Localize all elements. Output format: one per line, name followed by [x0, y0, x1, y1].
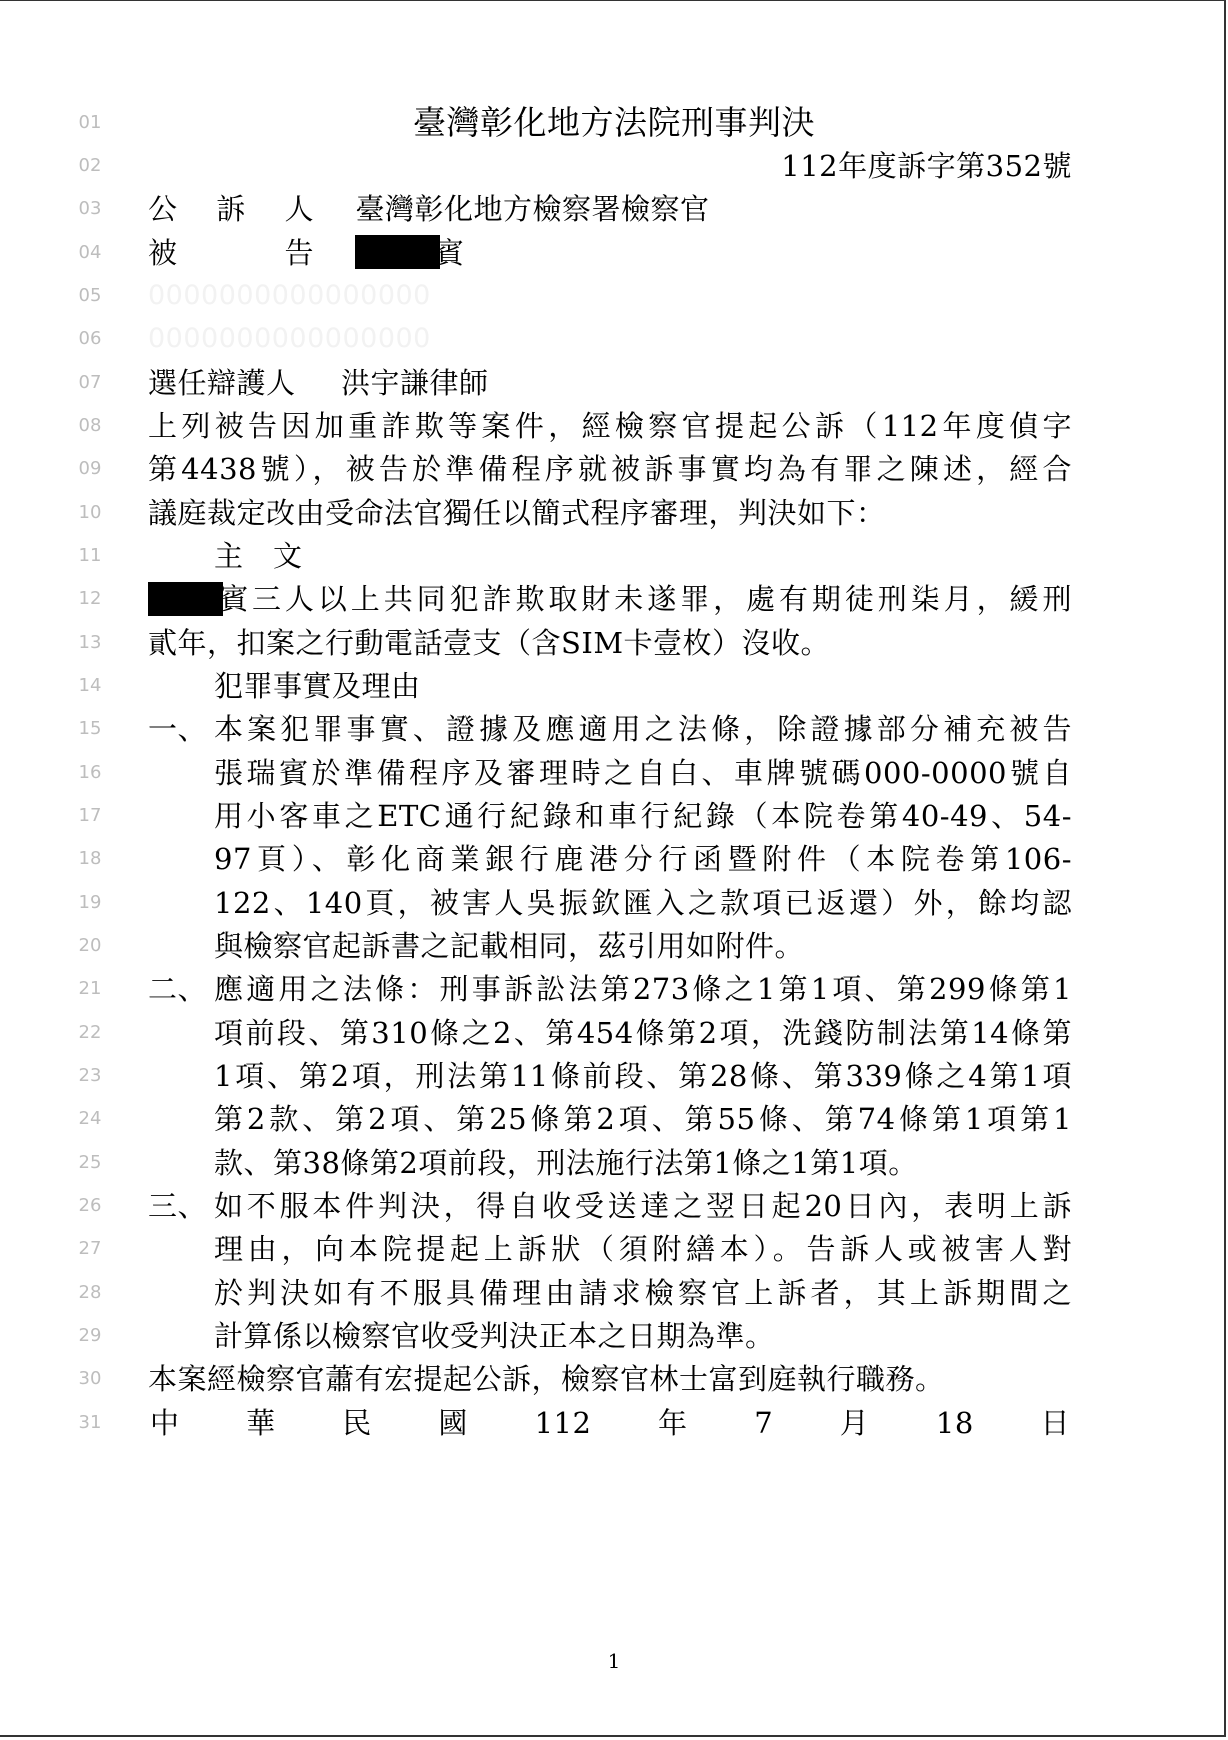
line-number: 17 — [60, 792, 120, 840]
section-line: 計算係以檢察官收受判決正本之日期為準。 — [214, 1312, 775, 1360]
line-number: 18 — [60, 835, 120, 883]
defense-label: 選任辯護人 — [148, 366, 296, 400]
line-03: 03 公 訴 人 臺灣彰化地方檢察署檢察官 — [0, 185, 1228, 233]
line-29: 29 計算係以檢察官收受判決正本之日期為準。 — [0, 1312, 1228, 1360]
defendant-label: 被 告 — [148, 229, 314, 277]
line-number: 10 — [60, 489, 120, 537]
section-marker: 三、 — [148, 1182, 214, 1230]
line-number: 02 — [60, 142, 120, 190]
date-month: 7 — [754, 1399, 773, 1447]
date-line: 中 華 民 國 112 年 7 月 18 日 — [150, 1399, 1070, 1447]
line-24: 24 第2款、第2項、第25條第2項、第55條、第74條第1項第1 — [0, 1095, 1228, 1143]
label-char: 公 — [148, 185, 178, 233]
line-number: 21 — [60, 965, 120, 1013]
faint-placeholder-text: 0000000000000000 — [148, 315, 431, 363]
section-line: 張瑞賓於準備程序及審理時之自白、車牌號碼000-0000號自 — [214, 749, 1072, 797]
line-25: 25 款、第38條第2項前段，刑法施行法第1條之1第1項。 — [0, 1139, 1228, 1187]
line-06: 06 0000000000000000 — [0, 315, 1228, 363]
line-number: 05 — [60, 272, 120, 320]
line-09: 09 第4438號），被告於準備程序就被訴事實均為有罪之陳述，經合 — [0, 445, 1228, 493]
line-11: 11 主 文 — [0, 532, 1228, 580]
preamble-line: 議庭裁定改由受命法官獨任以簡式程序審理，判決如下： — [148, 489, 886, 537]
line-16: 16 張瑞賓於準備程序及審理時之自白、車牌號碼000-0000號自 — [0, 749, 1228, 797]
section-line: 本案犯罪事實、證據及應適用之法條，除證據部分補充被告 — [214, 705, 1072, 753]
line-12: 12 賓三人以上共同犯詐欺取財未遂罪，處有期徒刑柒月，緩刑 — [0, 575, 1228, 623]
line-number: 13 — [60, 619, 120, 667]
case-number: 112年度訴字第352號 — [781, 142, 1072, 190]
line-number: 19 — [60, 879, 120, 927]
section-line: 項前段、第310條之2、第454條第2項，洗錢防制法第14條第 — [214, 1009, 1072, 1057]
line-05: 05 0000000000000000 — [0, 272, 1228, 320]
line-number: 14 — [60, 662, 120, 710]
label-char: 被 — [148, 229, 178, 277]
prosecutor-value: 臺灣彰化地方檢察署檢察官 — [355, 192, 709, 226]
line-number: 03 — [60, 185, 120, 233]
line-number: 20 — [60, 922, 120, 970]
line-number: 24 — [60, 1095, 120, 1143]
line-22: 22 項前段、第310條之2、第454條第2項，洗錢防制法第14條第 — [0, 1009, 1228, 1057]
line-08: 08 上列被告因加重詐欺等案件，經檢察官提起公訴（112年度偵字 — [0, 402, 1228, 450]
section-marker: 一、 — [148, 705, 214, 753]
section-line: 1項、第2項，刑法第11條前段、第28條、第339條之4第1項 — [214, 1052, 1072, 1100]
line-number: 11 — [60, 532, 120, 580]
defendant-row: 被 告 賓 — [148, 229, 464, 277]
line-04: 04 被 告 賓 — [0, 229, 1228, 277]
line-number: 16 — [60, 749, 120, 797]
section-line: 如不服本件判決，得自收受送達之翌日起20日內，表明上訴 — [214, 1182, 1072, 1230]
line-17: 17 用小客車之ETC通行紀錄和車行紀錄（本院卷第40-49、54- — [0, 792, 1228, 840]
defense-counsel-row: 選任辯護人 洪宇謙律師 — [148, 359, 488, 407]
label-char: 人 — [284, 185, 314, 233]
prosecutor-label: 公 訴 人 — [148, 185, 314, 233]
defense-value: 洪宇謙律師 — [341, 366, 489, 400]
date-part: 日 — [1040, 1399, 1070, 1447]
label-char: 告 — [284, 229, 314, 277]
line-19: 19 122、140頁，被害人吳振欽匯入之款項已返還）外，餘均認 — [0, 879, 1228, 927]
line-number: 28 — [60, 1269, 120, 1317]
line-number: 31 — [60, 1399, 120, 1447]
line-number: 27 — [60, 1225, 120, 1273]
line-number: 23 — [60, 1052, 120, 1100]
line-number: 12 — [60, 575, 120, 623]
line-27: 27 理由，向本院提起上訴狀（須附繕本）。告訴人或被害人對 — [0, 1225, 1228, 1273]
section-line: 與檢察官起訴書之記載相同，茲引用如附件。 — [214, 922, 804, 970]
line-number: 30 — [60, 1355, 120, 1403]
section-line: 款、第38條第2項前段，刑法施行法第1條之1第1項。 — [214, 1139, 918, 1187]
line-13: 13 貳年，扣案之行動電話壹支（含SIM卡壹枚）沒收。 — [0, 619, 1228, 667]
line-20: 20 與檢察官起訴書之記載相同，茲引用如附件。 — [0, 922, 1228, 970]
defendant-name-suffix: 賓 — [434, 236, 464, 270]
line-number: 07 — [60, 359, 120, 407]
line-14: 14 犯罪事實及理由 — [0, 662, 1228, 710]
section-marker: 二、 — [148, 965, 214, 1013]
line-07: 07 選任辯護人 洪宇謙律師 — [0, 359, 1228, 407]
line-31: 31 中 華 民 國 112 年 7 月 18 日 — [0, 1399, 1228, 1447]
prosecutor-row: 公 訴 人 臺灣彰化地方檢察署檢察官 — [148, 185, 709, 233]
section-line: 122、140頁，被害人吳振欽匯入之款項已返還）外，餘均認 — [214, 879, 1072, 927]
date-part: 國 — [438, 1399, 468, 1447]
line-28: 28 於判決如有不服具備理由請求檢察官上訴者，其上訴期間之 — [0, 1269, 1228, 1317]
date-part: 月 — [840, 1399, 870, 1447]
date-day: 18 — [936, 1399, 974, 1447]
date-part: 年 — [658, 1399, 688, 1447]
document-title: 臺灣彰化地方法院刑事判決 — [0, 99, 1228, 147]
line-15: 15 一、 本案犯罪事實、證據及應適用之法條，除證據部分補充被告 — [0, 705, 1228, 753]
section-line: 於判決如有不服具備理由請求檢察官上訴者，其上訴期間之 — [214, 1269, 1072, 1317]
line-18: 18 97頁）、彰化商業銀行鹿港分行函暨附件（本院卷第106- — [0, 835, 1228, 883]
label-char: 訴 — [216, 185, 246, 233]
line-number: 08 — [60, 402, 120, 450]
date-part: 民 — [342, 1399, 372, 1447]
main-text-line: 貳年，扣案之行動電話壹支（含SIM卡壹枚）沒收。 — [148, 619, 830, 667]
section-line: 97頁）、彰化商業銀行鹿港分行函暨附件（本院卷第106- — [214, 835, 1072, 883]
line-number: 09 — [60, 445, 120, 493]
line-21: 21 二、 應適用之法條：刑事訴訟法第273條之1第1項、第299條第1 — [0, 965, 1228, 1013]
line-number: 15 — [60, 705, 120, 753]
date-part: 華 — [246, 1399, 276, 1447]
closing-statement: 本案經檢察官蕭有宏提起公訴，檢察官林士富到庭執行職務。 — [148, 1355, 945, 1403]
line-number: 04 — [60, 229, 120, 277]
line-number: 25 — [60, 1139, 120, 1187]
line-01: 01 臺灣彰化地方法院刑事判決 — [0, 99, 1228, 147]
line-30: 30 本案經檢察官蕭有宏提起公訴，檢察官林士富到庭執行職務。 — [0, 1355, 1228, 1403]
line-10: 10 議庭裁定改由受命法官獨任以簡式程序審理，判決如下： — [0, 489, 1228, 537]
facts-heading: 犯罪事實及理由 — [214, 662, 421, 710]
section-line: 第2款、第2項、第25條第2項、第55條、第74條第1項第1 — [214, 1095, 1072, 1143]
line-number: 26 — [60, 1182, 120, 1230]
redacted-name — [355, 235, 440, 269]
line-number: 06 — [60, 315, 120, 363]
main-text-line: 賓三人以上共同犯詐欺取財未遂罪，處有期徒刑柒月，緩刑 — [148, 575, 1072, 623]
faint-placeholder-text: 0000000000000000 — [148, 272, 431, 320]
line-23: 23 1項、第2項，刑法第11條前段、第28條、第339條之4第1項 — [0, 1052, 1228, 1100]
date-year: 112 — [535, 1399, 592, 1447]
section-line: 用小客車之ETC通行紀錄和車行紀錄（本院卷第40-49、54- — [214, 792, 1072, 840]
document-page: 01 臺灣彰化地方法院刑事判決 02 112年度訴字第352號 03 公 訴 人… — [0, 0, 1226, 1737]
line-number: 22 — [60, 1009, 120, 1057]
line-26: 26 三、 如不服本件判決，得自收受送達之翌日起20日內，表明上訴 — [0, 1182, 1228, 1230]
preamble-line: 上列被告因加重詐欺等案件，經檢察官提起公訴（112年度偵字 — [148, 402, 1072, 450]
redacted-name — [148, 582, 223, 616]
date-part: 中 — [150, 1399, 180, 1447]
section-line: 理由，向本院提起上訴狀（須附繕本）。告訴人或被害人對 — [214, 1225, 1072, 1273]
section-line: 應適用之法條：刑事訴訟法第273條之1第1項、第299條第1 — [214, 965, 1072, 1013]
line-02: 02 112年度訴字第352號 — [0, 142, 1228, 190]
line-number: 29 — [60, 1312, 120, 1360]
page-number: 1 — [0, 1649, 1228, 1673]
main-text-heading: 主 文 — [214, 532, 303, 580]
preamble-line: 第4438號），被告於準備程序就被訴事實均為有罪之陳述，經合 — [148, 445, 1072, 493]
main-text-line-content: 賓三人以上共同犯詐欺取財未遂罪，處有期徒刑柒月，緩刑 — [219, 575, 1072, 623]
